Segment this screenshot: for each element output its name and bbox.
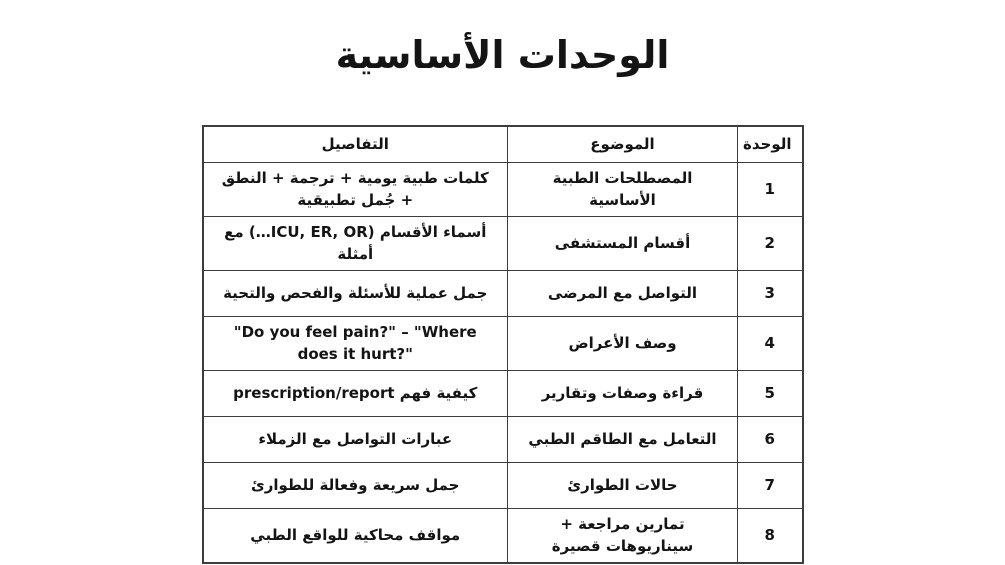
subject-cell: وصف الأعراض [508,316,738,370]
table-row: 6 التعامل مع الطاقم الطبي عبارات التواصل… [203,416,803,462]
subject-text: أقسام المستشفى [518,232,727,255]
details-text: "Do you feel pain?" – "Where does it hur… [214,321,498,366]
unit-cell: 6 [738,416,803,462]
unit-number: 8 [748,524,792,547]
table-row: 7 حالات الطوارئ جمل سريعة وفعالة للطوارئ [203,462,803,508]
unit-cell: 8 [738,508,803,563]
page-title: الوحدات الأساسية [0,30,1005,81]
unit-number: 3 [748,282,792,305]
details-text: كيفية فهم prescription/report [214,382,498,405]
subject-cell: حالات الطوارئ [508,462,738,508]
unit-cell: 2 [738,216,803,270]
unit-number: 1 [748,178,792,201]
subject-cell: المصطلحات الطبية الأساسية [508,162,738,216]
subject-cell: تمارين مراجعة + سيناريوهات قصيرة [508,508,738,563]
subject-text: وصف الأعراض [518,332,727,355]
subject-text: التواصل مع المرضى [518,282,727,305]
unit-cell: 3 [738,270,803,316]
column-header-unit-label: الوحدة [748,133,792,156]
unit-cell: 7 [738,462,803,508]
details-text: أسماء الأقسام (ICU, ER, OR…) مع أمثلة [214,221,498,266]
details-text: مواقف محاكية للواقع الطبي [214,524,498,547]
subject-text: حالات الطوارئ [518,474,727,497]
details-text: عبارات التواصل مع الزملاء [214,428,498,451]
table-row: 5 قراءة وصفات وتقارير كيفية فهم prescrip… [203,370,803,416]
subject-text: قراءة وصفات وتقارير [518,382,727,405]
details-text: جمل عملية للأسئلة والفحص والتحية [214,282,498,305]
table-row: 1 المصطلحات الطبية الأساسية كلمات طبية ي… [203,162,803,216]
details-cell: جمل سريعة وفعالة للطوارئ [203,462,508,508]
subject-cell: أقسام المستشفى [508,216,738,270]
details-text: جمل سريعة وفعالة للطوارئ [214,474,498,497]
column-header-unit: الوحدة [738,126,803,162]
table-row: 4 وصف الأعراض "Do you feel pain?" – "Whe… [203,316,803,370]
details-cell: كيفية فهم prescription/report [203,370,508,416]
units-table: الوحدة الموضوع التفاصيل 1 المصطلحات الطب… [202,125,804,564]
details-cell: أسماء الأقسام (ICU, ER, OR…) مع أمثلة [203,216,508,270]
table-row: 8 تمارين مراجعة + سيناريوهات قصيرة مواقف… [203,508,803,563]
subject-text: التعامل مع الطاقم الطبي [518,428,727,451]
details-cell: "Do you feel pain?" – "Where does it hur… [203,316,508,370]
table-header-row: الوحدة الموضوع التفاصيل [203,126,803,162]
details-cell: مواقف محاكية للواقع الطبي [203,508,508,563]
unit-number: 5 [748,382,792,405]
details-text: كلمات طبية يومية + ترجمة + النطق + جُمل … [214,167,498,212]
table-row: 2 أقسام المستشفى أسماء الأقسام (ICU, ER,… [203,216,803,270]
unit-number: 4 [748,332,792,355]
column-header-subject: الموضوع [508,126,738,162]
unit-cell: 1 [738,162,803,216]
column-header-subject-label: الموضوع [518,133,727,156]
unit-number: 7 [748,474,792,497]
subject-text: المصطلحات الطبية الأساسية [518,167,727,212]
details-cell: عبارات التواصل مع الزملاء [203,416,508,462]
subject-cell: التواصل مع المرضى [508,270,738,316]
unit-cell: 5 [738,370,803,416]
details-cell: كلمات طبية يومية + ترجمة + النطق + جُمل … [203,162,508,216]
table-row: 3 التواصل مع المرضى جمل عملية للأسئلة وا… [203,270,803,316]
subject-cell: التعامل مع الطاقم الطبي [508,416,738,462]
slide: الوحدات الأساسية الوحدة الموضوع التفاصيل… [0,0,1005,565]
subject-text: تمارين مراجعة + سيناريوهات قصيرة [518,513,727,558]
subject-cell: قراءة وصفات وتقارير [508,370,738,416]
unit-cell: 4 [738,316,803,370]
details-cell: جمل عملية للأسئلة والفحص والتحية [203,270,508,316]
column-header-details: التفاصيل [203,126,508,162]
column-header-details-label: التفاصيل [214,133,498,156]
unit-number: 6 [748,428,792,451]
unit-number: 2 [748,232,792,255]
